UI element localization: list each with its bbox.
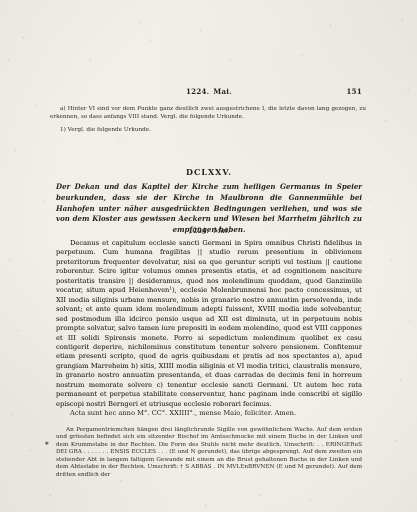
scan-noise-speckles [0, 0, 1, 1]
charter-date-year: 1224. [189, 227, 209, 235]
charter-content: Decanus et capitulum ecclesie sancti Ger… [56, 239, 362, 479]
carryover-footnotes: a) Hinter VI sind vor dem Punkte ganz de… [50, 106, 366, 135]
running-head: 1224.Mai. 151 [56, 87, 362, 96]
charter-body-text: Decanus et capitulum ecclesie sancti Ger… [56, 239, 362, 409]
charter-date-heading: 1224.Mai. [56, 227, 362, 235]
charter-date-month: Mai. [214, 227, 230, 235]
footnote-1: 1) Vergl. die folgende Urkunde. [50, 127, 366, 135]
seal-description-block: * An Pergamentriemchen hängen drei längl… [56, 427, 362, 480]
running-head-month: Mai. [213, 87, 232, 96]
seal-description-text: An Pergamentriemchen hängen drei länglic… [56, 427, 362, 480]
margin-asterisk-mark: * [45, 440, 49, 449]
page-number: 151 [346, 87, 362, 96]
scanned-page: 1224.Mai. 151 a) Hinter VI sind vor dem … [0, 0, 417, 512]
footnote-a: a) Hinter VI sind vor dem Punkte ganz de… [50, 106, 366, 122]
running-head-date: 1224.Mai. [56, 87, 362, 96]
running-head-year: 1224. [186, 87, 209, 96]
acta-dating-line: Acta sunt hec anno M°. CC°. XXIIII°., me… [56, 409, 362, 418]
charter-number: DCLXXV. [56, 167, 362, 177]
